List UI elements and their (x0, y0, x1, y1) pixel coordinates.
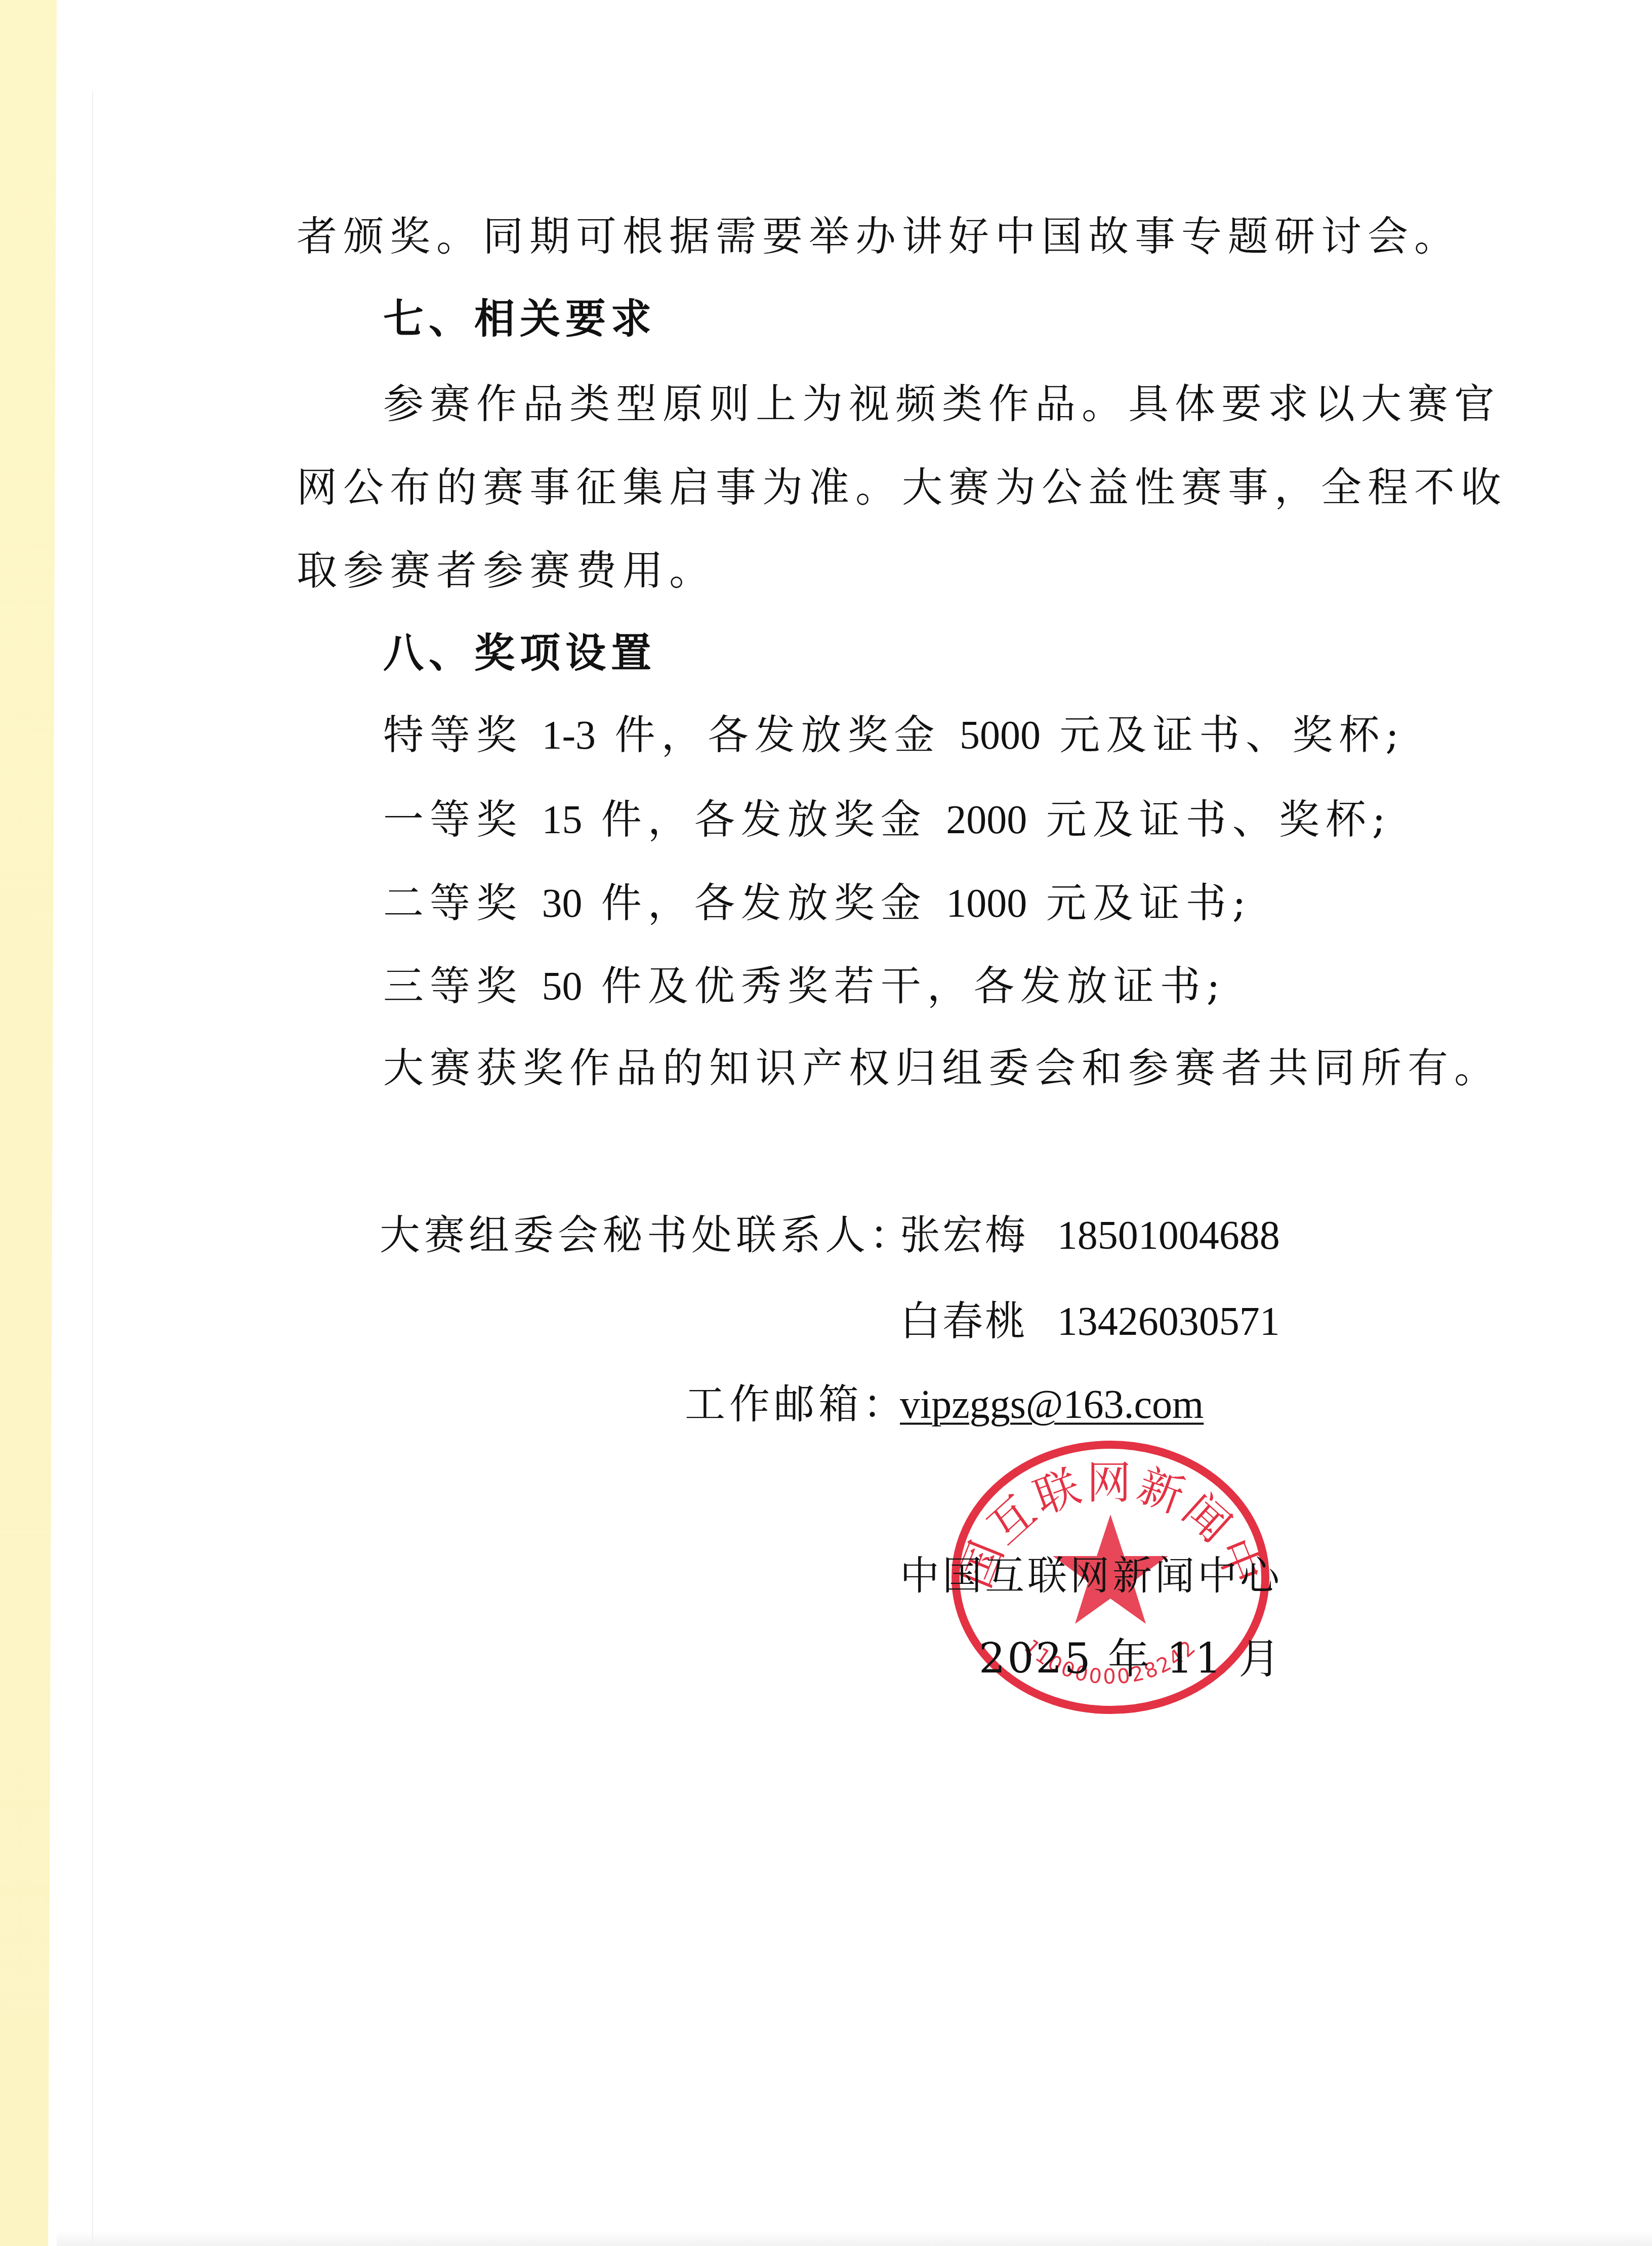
contact-person: 张宏梅 18501004688 (900, 1215, 1280, 1256)
requirements-paragraph-line: 取参赛者参赛费用。 (297, 550, 716, 591)
continuation-paragraph: 者颁奖。同期可根据需要举办讲好中国故事专题研讨会。 (297, 216, 1461, 257)
award-count: 15 (542, 798, 582, 842)
award-line-third: 三等奖 50 件及优秀奖若干，各发放证书; (383, 966, 1226, 1007)
award-amount: 2000 (946, 798, 1027, 842)
award-line-special: 特等奖 1-3 件，各发放奖金 5000 元及证书、奖杯; (383, 715, 1405, 756)
award-text: 件，各发放奖金 (582, 879, 946, 926)
page-fold-line (92, 91, 93, 2246)
award-name: 一等奖 (383, 796, 542, 843)
requirements-paragraph-line: 网公布的赛事征集启事为准。大赛为公益性赛事，全程不收 (297, 467, 1507, 508)
award-amount: 1000 (946, 881, 1027, 926)
award-count: 1-3 (542, 713, 596, 758)
issuing-organization: 中国互联网新闻中心 (900, 1556, 1283, 1597)
contact-phone[interactable]: 18501004688 (1057, 1213, 1280, 1258)
award-name: 二等奖 (383, 879, 542, 926)
award-line-first: 一等奖 15 件，各发放奖金 2000 元及证书、奖杯; (383, 799, 1392, 840)
award-text: 件及优秀奖若干，各发放证书; (582, 962, 1226, 1009)
contact-phone[interactable]: 13426030571 (1057, 1299, 1280, 1344)
requirements-paragraph-line: 参赛作品类型原则上为视频类作品。具体要求以大赛官 (383, 384, 1501, 424)
scanner-margin-strip (0, 0, 57, 2246)
email-link[interactable]: vipzggs@163.com (900, 1384, 1204, 1425)
award-count: 50 (542, 964, 582, 1009)
email-label: 工作邮箱： (685, 1384, 907, 1424)
contact-name: 张宏梅 (900, 1211, 1027, 1258)
section-heading-awards: 八、奖项设置 (383, 633, 656, 673)
award-text: 件，各发放奖金 (582, 796, 946, 843)
award-suffix: 元及证书、奖杯; (1027, 796, 1391, 843)
award-name: 特等奖 (383, 711, 542, 758)
award-suffix: 元及证书; (1027, 879, 1252, 926)
section-heading-requirements: 七、相关要求 (383, 299, 656, 339)
scan-noise (57, 2231, 1652, 2246)
contact-name: 白春桃 (900, 1297, 1027, 1344)
contact-label: 大赛组委会秘书处联系人： (380, 1215, 914, 1255)
award-suffix: 元及证书、奖杯; (1041, 711, 1405, 758)
award-count: 30 (542, 881, 582, 926)
award-text: 件，各发放奖金 (596, 711, 960, 758)
award-amount: 5000 (960, 713, 1041, 758)
award-name: 三等奖 (383, 962, 542, 1009)
email-address[interactable]: vipzggs@163.com (900, 1382, 1204, 1427)
issue-date: 2025 年 11 月 (979, 1639, 1282, 1680)
contact-person: 白春桃 13426030571 (900, 1301, 1280, 1342)
ip-ownership-note: 大赛获奖作品的知识产权归组委会和参赛者共同所有。 (383, 1048, 1501, 1088)
award-line-second: 二等奖 30 件，各发放奖金 1000 元及证书; (383, 883, 1252, 924)
